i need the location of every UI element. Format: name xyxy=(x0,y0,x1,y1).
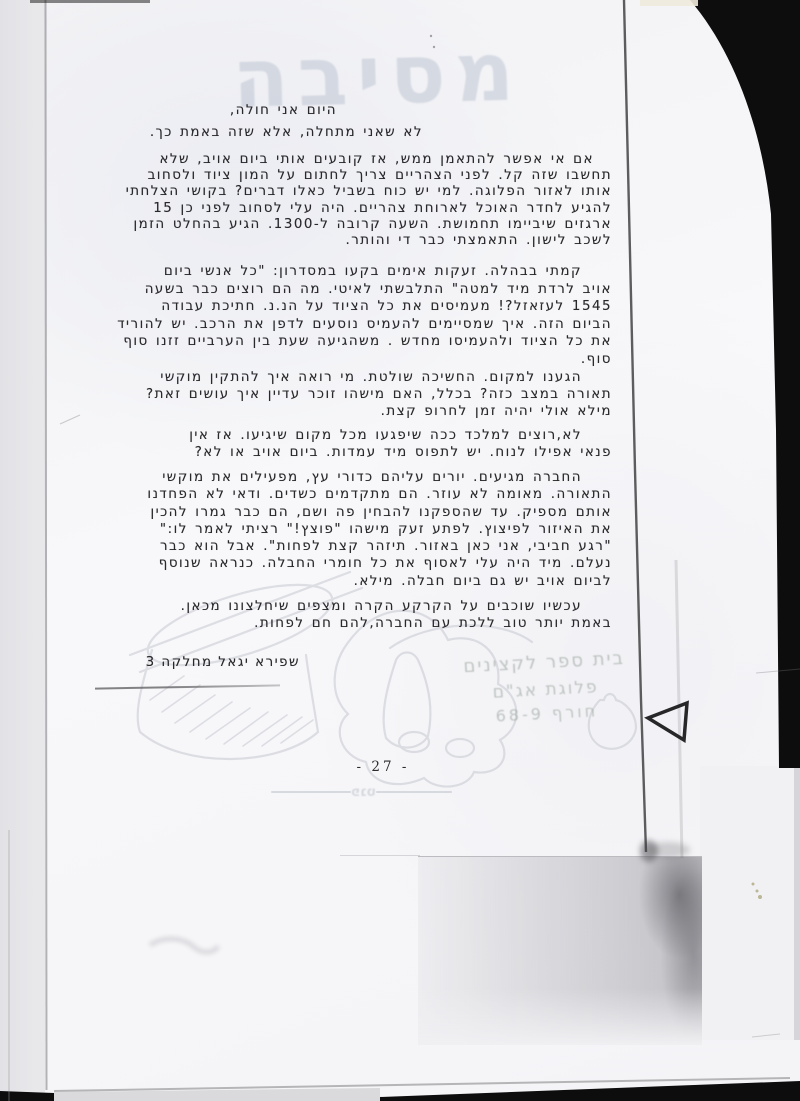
scan-artifacts xyxy=(0,0,800,1101)
pencil-smudge xyxy=(150,939,218,952)
inner-page-edge xyxy=(624,0,646,852)
right-edge-shade xyxy=(794,768,800,1040)
hair-artifact xyxy=(60,415,80,424)
inner-page-edge-faint xyxy=(676,560,682,858)
top-cream-strip xyxy=(640,0,698,6)
tiny-marks-top xyxy=(430,35,435,48)
sheet-left-edge xyxy=(46,0,47,1090)
scratch-mark-bottom xyxy=(752,1034,780,1037)
scanner-background-top-right xyxy=(690,0,800,768)
top-edge-smear xyxy=(30,0,150,3)
paper-specks xyxy=(752,883,763,900)
scanned-document-page: מסיבה היום אני חולה, לא שאני מתחלה, אלא … xyxy=(0,0,800,1101)
pen-triangle-mark xyxy=(648,703,687,740)
